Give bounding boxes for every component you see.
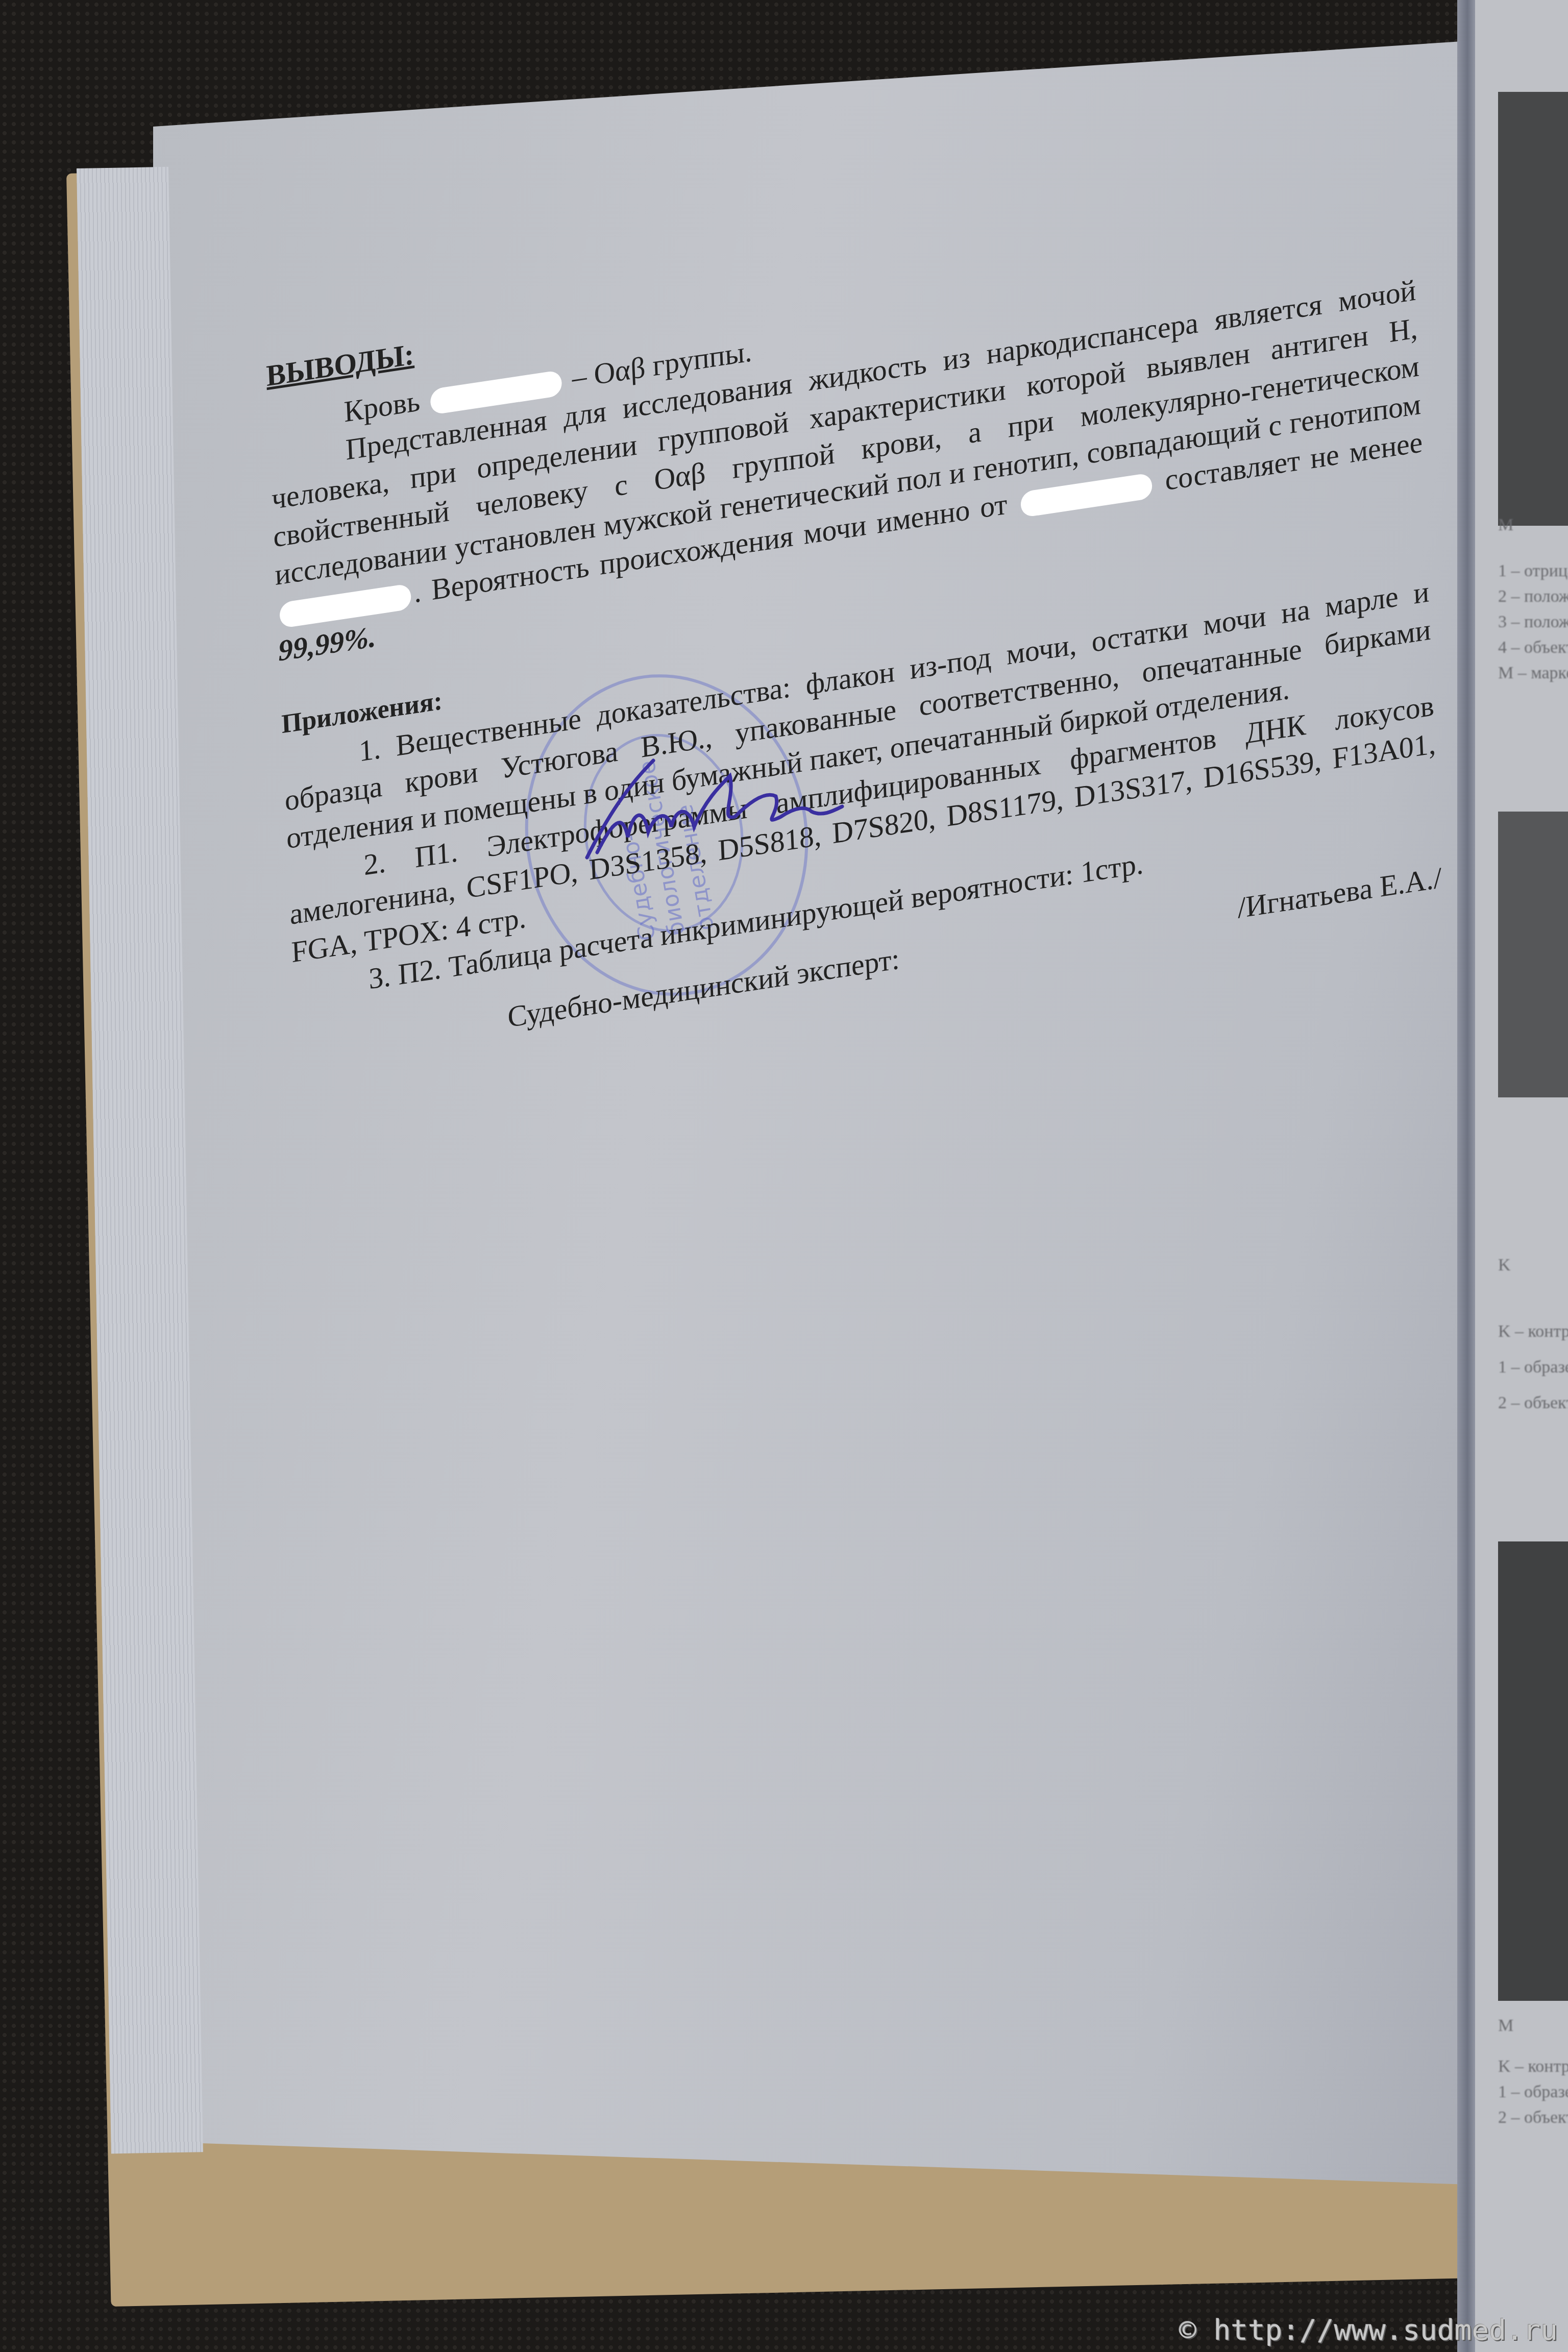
right-page-label: K – контро... <box>1498 2057 1568 2076</box>
right-page-label: 1 – образец... <box>1498 1358 1568 1377</box>
redaction-mark <box>1020 473 1153 518</box>
right-page-label: 2 – положи... <box>1498 587 1568 606</box>
right-page-label: M – марке... <box>1498 664 1568 683</box>
right-page-label: K <box>1498 1256 1511 1275</box>
right-page-label: 1 – образец... <box>1498 2082 1568 2102</box>
gel-image <box>1498 812 1568 1097</box>
right-page-label: 4 – объект... <box>1498 638 1568 657</box>
right-page-label: 2 – объект... <box>1498 2108 1568 2127</box>
gel-image <box>1498 92 1568 526</box>
right-page-label: 2 – объект... <box>1498 1393 1568 1413</box>
book-gutter <box>1457 0 1478 2352</box>
right-page-label: 3 – положи... <box>1498 612 1568 632</box>
gel-image <box>1498 1541 1568 2001</box>
probability-value: 99,99%. <box>278 620 377 668</box>
right-page-label: M <box>1498 516 1513 535</box>
handwritten-signature <box>567 755 883 868</box>
signer-name: /Игнатьева Е.А./ <box>1237 859 1442 927</box>
right-page-label: K – контро... <box>1498 1322 1568 1341</box>
right-page-label: M <box>1498 2016 1513 2036</box>
right-page-label: 1 – отрица... <box>1498 561 1568 581</box>
watermark: © http://www.sudmed.ru <box>1179 2314 1558 2347</box>
redaction-mark <box>279 583 411 629</box>
